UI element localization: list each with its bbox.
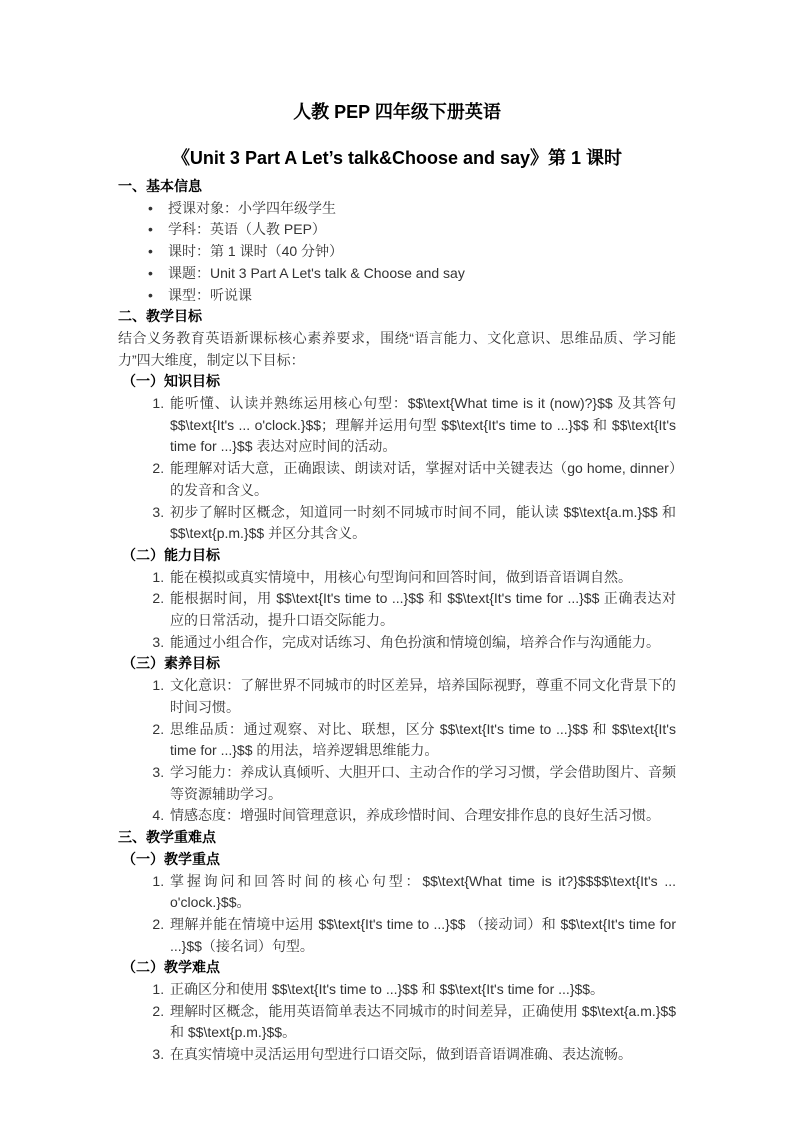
key-points-list: 掌握询问和回答时间的核心句型：$$\text{What time is it?}…: [118, 871, 676, 958]
page-subtitle: 《Unit 3 Part A Let’s talk&Choose and say…: [118, 146, 676, 170]
list-item: 能理解对话大意，正确跟读、朗读对话，掌握对话中关键表达（go home, din…: [168, 458, 676, 501]
knowledge-goal-list: 能听懂、认读并熟练运用核心句型：$$\text{What time is it …: [118, 393, 676, 545]
subsection-heading-literacy: （三）素养目标: [122, 653, 676, 675]
section-heading-basic-info: 一、基本信息: [118, 176, 676, 198]
list-item: 能根据时间，用 $$\text{It's time to ...}$$ 和 $$…: [168, 588, 676, 631]
bullet-item: 课时：第 1 课时（40 分钟）: [168, 241, 676, 263]
section-heading-key-difficult: 三、教学重难点: [118, 827, 676, 849]
list-item: 情感态度：增强时间管理意识，养成珍惜时间、合理安排作息的良好生活习惯。: [168, 805, 676, 827]
section-heading-objectives: 二、教学目标: [118, 306, 676, 328]
list-item: 初步了解时区概念，知道同一时刻不同城市时间不同，能认读 $$\text{a.m.…: [168, 502, 676, 545]
basic-info-list: 授课对象：小学四年级学生 学科：英语（人教 PEP） 课时：第 1 课时（40 …: [118, 198, 676, 307]
list-item: 学习能力：养成认真倾听、大胆开口、主动合作的学习习惯，学会借助图片、音频等资源辅…: [168, 762, 676, 805]
list-item: 在真实情境中灵活运用句型进行口语交际，做到语音语调准确、表达流畅。: [168, 1044, 676, 1066]
page-title: 人教 PEP 四年级下册英语: [118, 100, 676, 124]
subsection-heading-difficult-points: （二）教学难点: [122, 957, 676, 979]
bullet-item: 学科：英语（人教 PEP）: [168, 219, 676, 241]
bullet-item: 课型：听说课: [168, 285, 676, 307]
list-item: 掌握询问和回答时间的核心句型：$$\text{What time is it?}…: [168, 871, 676, 914]
list-item: 理解时区概念，能用英语简单表达不同城市的时间差异，正确使用 $$\text{a.…: [168, 1001, 676, 1044]
document-page: 人教 PEP 四年级下册英语 《Unit 3 Part A Let’s talk…: [0, 0, 794, 1123]
objectives-intro: 结合义务教育英语新课标核心素养要求，围绕“语言能力、文化意识、思维品质、学习能力…: [118, 328, 676, 371]
list-item: 思维品质：通过观察、对比、联想，区分 $$\text{It's time to …: [168, 719, 676, 762]
difficult-points-list: 正确区分和使用 $$\text{It's time to ...}$$ 和 $$…: [118, 979, 676, 1066]
list-item: 能在模拟或真实情境中，用核心句型询问和回答时间，做到语音语调自然。: [168, 567, 676, 589]
bullet-item: 课题：Unit 3 Part A Let's talk & Choose and…: [168, 263, 676, 285]
list-item: 文化意识：了解世界不同城市的时区差异，培养国际视野，尊重不同文化背景下的时间习惯…: [168, 675, 676, 718]
list-item: 能听懂、认读并熟练运用核心句型：$$\text{What time is it …: [168, 393, 676, 458]
subsection-heading-ability: （二）能力目标: [122, 545, 676, 567]
literacy-goal-list: 文化意识：了解世界不同城市的时区差异，培养国际视野，尊重不同文化背景下的时间习惯…: [118, 675, 676, 827]
subsection-heading-knowledge: （一）知识目标: [122, 371, 676, 393]
list-item: 能通过小组合作，完成对话练习、角色扮演和情境创编，培养合作与沟通能力。: [168, 632, 676, 654]
subsection-heading-key-points: （一）教学重点: [122, 849, 676, 871]
list-item: 正确区分和使用 $$\text{It's time to ...}$$ 和 $$…: [168, 979, 676, 1001]
ability-goal-list: 能在模拟或真实情境中，用核心句型询问和回答时间，做到语音语调自然。 能根据时间，…: [118, 567, 676, 654]
bullet-item: 授课对象：小学四年级学生: [168, 198, 676, 220]
list-item: 理解并能在情境中运用 $$\text{It's time to ...}$$ （…: [168, 914, 676, 957]
